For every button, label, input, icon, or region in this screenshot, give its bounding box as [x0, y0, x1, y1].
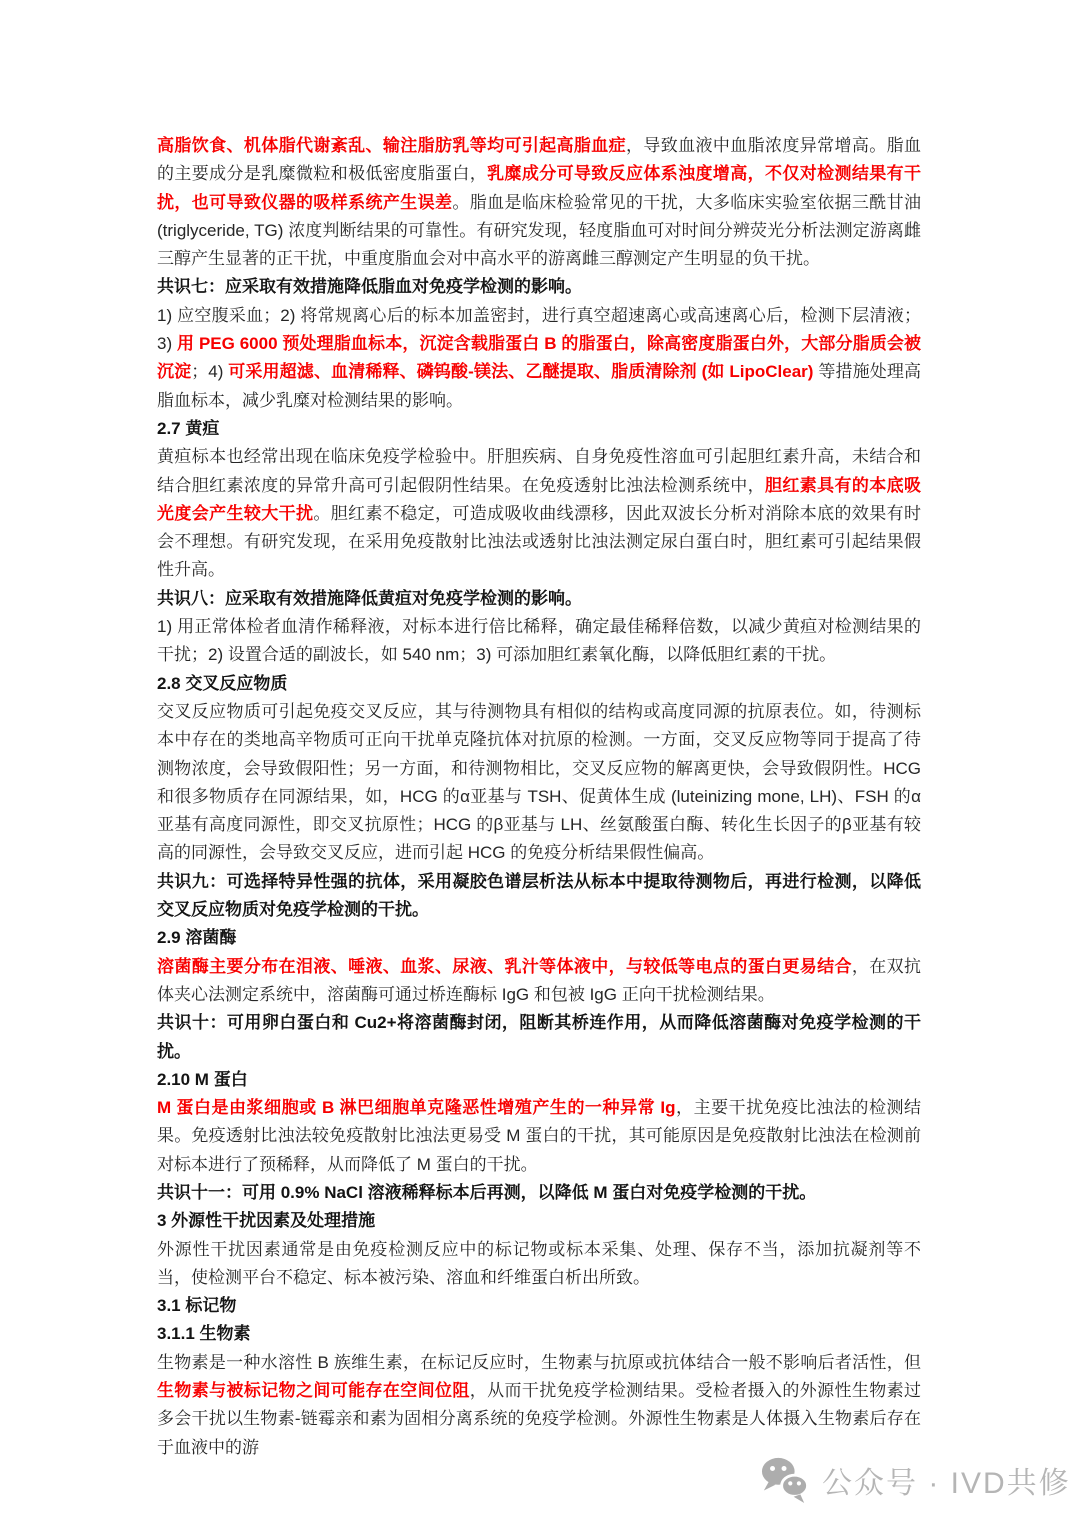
- body-paragraph: 高脂饮食、机体脂代谢紊乱、输注脂肪乳等均可引起高脂血症，导致血液中血脂浓度异常增…: [157, 132, 921, 273]
- text-run: 外源性干扰因素通常是由免疫检测反应中的标记物或标本采集、处理、保存不当，添加抗凝…: [157, 1240, 921, 1287]
- watermark-text: 公众号 · IVD共修: [822, 1458, 1071, 1502]
- text-run: 共识十一：可用 0.9% NaCl 溶液稀释标本后再测，以降低 M 蛋白对免疫学…: [157, 1183, 816, 1202]
- text-run: 共识八：应采取有效措施降低黄疸对免疫学检测的影响。: [157, 589, 582, 608]
- consensus-statement: 共识七：应采取有效措施降低脂血对免疫学检测的影响。: [157, 273, 921, 301]
- text-run: 共识七：应采取有效措施降低脂血对免疫学检测的影响。: [157, 277, 582, 296]
- highlighted-text: 高脂饮食、机体脂代谢紊乱、输注脂肪乳等均可引起高脂血症: [157, 136, 626, 155]
- watermark: 公众号 · IVD共修: [760, 1452, 1071, 1508]
- section-heading: 2.10 M 蛋白: [157, 1066, 921, 1094]
- section-heading: 2.8 交叉反应物质: [157, 670, 921, 698]
- text-run: 2.8 交叉反应物质: [157, 674, 287, 693]
- document-page: 高脂饮食、机体脂代谢紊乱、输注脂肪乳等均可引起高脂血症，导致血液中血脂浓度异常增…: [0, 0, 1080, 1528]
- consensus-statement: 共识十一：可用 0.9% NaCl 溶液稀释标本后再测，以降低 M 蛋白对免疫学…: [157, 1179, 921, 1207]
- text-run: ；4): [191, 362, 228, 381]
- consensus-statement: 共识十：可用卵白蛋白和 Cu2+将溶菌酶封闭，阻断其桥连作用，从而降低溶菌酶对免…: [157, 1009, 921, 1066]
- body-paragraph: 生物素是一种水溶性 B 族维生素，在标记反应时，生物素与抗原或抗体结合一般不影响…: [157, 1349, 921, 1462]
- document-body: 高脂饮食、机体脂代谢紊乱、输注脂肪乳等均可引起高脂血症，导致血液中血脂浓度异常增…: [157, 132, 921, 1462]
- text-run: 2.9 溶菌酶: [157, 928, 236, 947]
- text-run: 生物素是一种水溶性 B 族维生素，在标记反应时，生物素与抗原或抗体结合一般不影响…: [157, 1353, 921, 1372]
- highlighted-text: M 蛋白是由浆细胞或 B 淋巴细胞单克隆恶性增殖产生的一种异常 Ig: [157, 1098, 676, 1117]
- section-heading: 3.1.1 生物素: [157, 1320, 921, 1348]
- body-paragraph: 交叉反应物质可引起免疫交叉反应，其与待测物具有相似的结构或高度同源的抗原表位。如…: [157, 698, 921, 868]
- text-run: 交叉反应物质可引起免疫交叉反应，其与待测物具有相似的结构或高度同源的抗原表位。如…: [157, 702, 921, 862]
- section-heading: 2.9 溶菌酶: [157, 924, 921, 952]
- highlighted-text: 溶菌酶主要分布在泪液、唾液、血浆、尿液、乳汁等体液中，与较低等电点的蛋白更易结合: [157, 957, 852, 976]
- text-run: 3.1 标记物: [157, 1296, 236, 1315]
- consensus-statement: 共识九：可选择特异性强的抗体，采用凝胶色谱层析法从标本中提取待测物后，再进行检测…: [157, 868, 921, 925]
- wechat-icon: [760, 1456, 810, 1504]
- body-paragraph: 黄疸标本也经常出现在临床免疫学检验中。肝胆疾病、自身免疫性溶血可引起胆红素升高，…: [157, 443, 921, 584]
- section-heading: 3.1 标记物: [157, 1292, 921, 1320]
- body-paragraph: 1) 用正常体检者血清作稀释液，对标本进行倍比稀释，确定最佳稀释倍数，以减少黄疸…: [157, 613, 921, 670]
- body-paragraph: 溶菌酶主要分布在泪液、唾液、血浆、尿液、乳汁等体液中，与较低等电点的蛋白更易结合…: [157, 953, 921, 1010]
- body-paragraph: M 蛋白是由浆细胞或 B 淋巴细胞单克隆恶性增殖产生的一种异常 Ig，主要干扰免…: [157, 1094, 921, 1179]
- text-run: 共识十：可用卵白蛋白和 Cu2+将溶菌酶封闭，阻断其桥连作用，从而降低溶菌酶对免…: [157, 1013, 921, 1060]
- text-run: 3 外源性干扰因素及处理措施: [157, 1211, 375, 1230]
- text-run: 1) 用正常体检者血清作稀释液，对标本进行倍比稀释，确定最佳稀释倍数，以减少黄疸…: [157, 617, 921, 664]
- highlighted-text: 可采用超滤、血清稀释、磷钨酸-镁法、乙醚提取、脂质清除剂 (如 LipoClea…: [228, 362, 818, 381]
- body-paragraph: 1) 应空腹采血；2) 将常规离心后的标本加盖密封，进行真空超速离心或高速离心后…: [157, 302, 921, 415]
- highlighted-text: 生物素与被标记物之间可能存在空间位阻: [157, 1381, 470, 1400]
- consensus-statement: 共识八：应采取有效措施降低黄疸对免疫学检测的影响。: [157, 585, 921, 613]
- text-run: 共识九：可选择特异性强的抗体，采用凝胶色谱层析法从标本中提取待测物后，再进行检测…: [157, 872, 921, 919]
- section-heading: 2.7 黄疸: [157, 415, 921, 443]
- body-paragraph: 外源性干扰因素通常是由免疫检测反应中的标记物或标本采集、处理、保存不当，添加抗凝…: [157, 1236, 921, 1293]
- text-run: 3.1.1 生物素: [157, 1324, 251, 1343]
- section-heading: 3 外源性干扰因素及处理措施: [157, 1207, 921, 1235]
- text-run: 2.7 黄疸: [157, 419, 219, 438]
- text-run: 2.10 M 蛋白: [157, 1070, 248, 1089]
